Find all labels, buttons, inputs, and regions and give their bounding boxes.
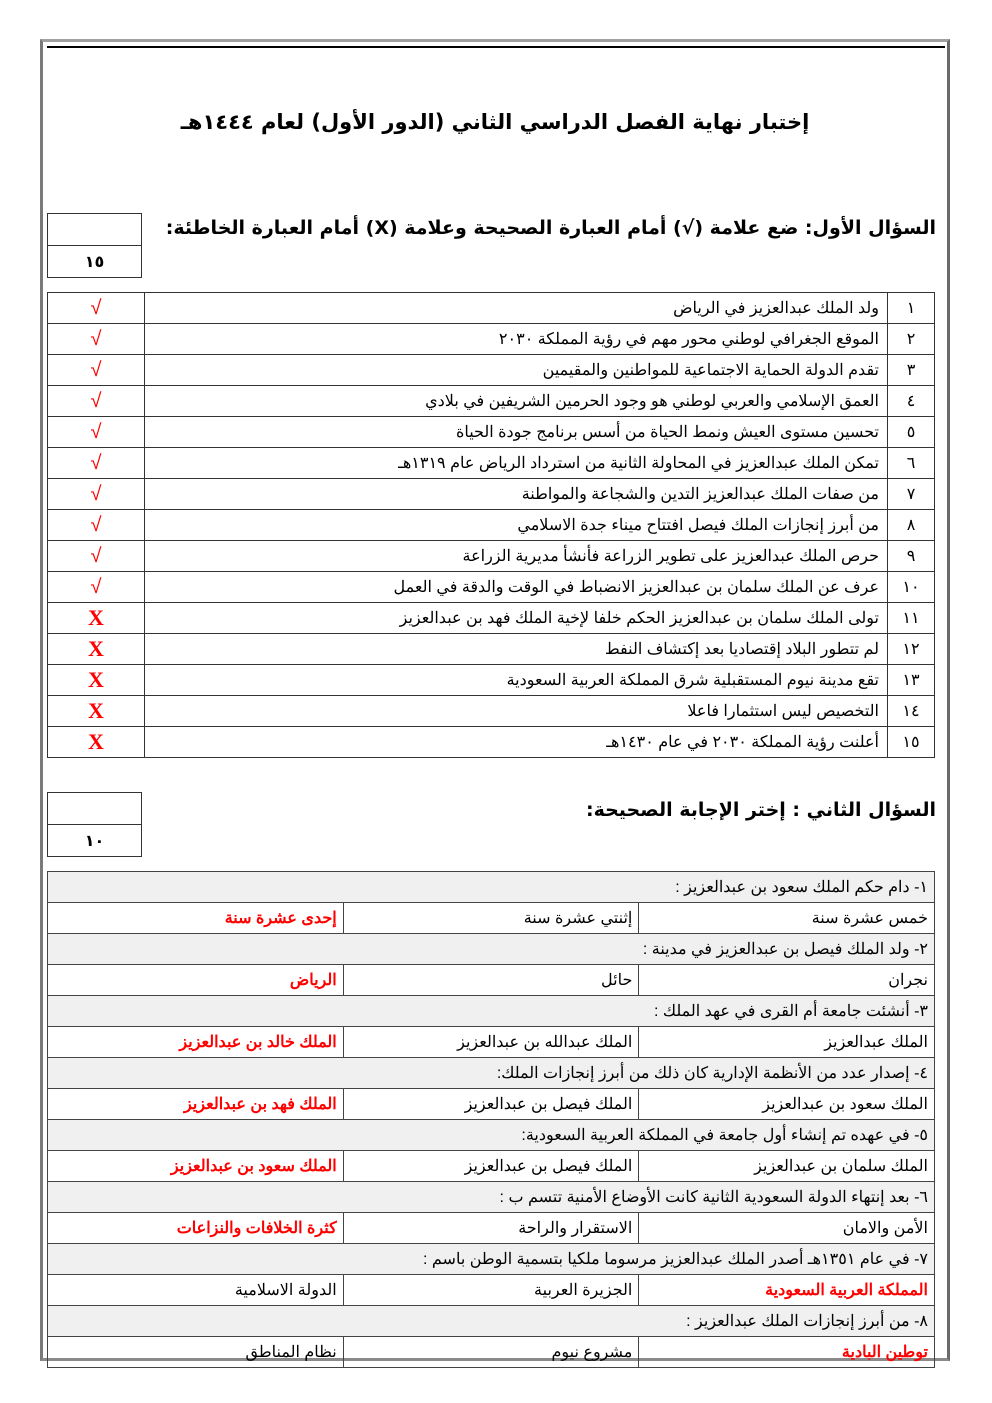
mcq-options-row: الملك سعود بن عبدالعزيزالملك فيصل بن عبد… (48, 1089, 935, 1120)
mcq-option[interactable]: الأمن والامان (639, 1213, 935, 1244)
statement-number: ٥ (888, 417, 935, 448)
mcq-question-row: ٧- في عام ١٣٥١هـ أصدر الملك عبدالعزيز مر… (48, 1244, 935, 1275)
question-2-score-box: ١٠ (47, 792, 142, 857)
mcq-option[interactable]: الملك فيصل بن عبدالعزيز (343, 1089, 639, 1120)
answer-mark[interactable]: √ (48, 417, 145, 448)
answer-mark[interactable]: √ (48, 293, 145, 324)
statement-row: ١٢لم تتطور البلاد إقتصاديا بعد إكتشاف ال… (48, 634, 935, 665)
mcq-question-text: ٢- ولد الملك فيصل بن عبدالعزيز في مدينة … (48, 934, 935, 965)
mcq-question-text: ٥- في عهده تم إنشاء أول جامعة في المملكة… (48, 1120, 935, 1151)
statement-number: ٤ (888, 386, 935, 417)
statement-row: ١٣تقع مدينة نيوم المستقبلية شرق المملكة … (48, 665, 935, 696)
statement-number: ١٣ (888, 665, 935, 696)
statement-row: ١٤التخصيص ليس استثمارا فاعلاX (48, 696, 935, 727)
mcq-options-row: الملك عبدالعزيزالملك عبدالله بن عبدالعزي… (48, 1027, 935, 1058)
mcq-options-row: الملك سلمان بن عبدالعزيزالملك فيصل بن عب… (48, 1151, 935, 1182)
statement-row: ٧من صفات الملك عبدالعزيز التدين والشجاعة… (48, 479, 935, 510)
statement-number: ٢ (888, 324, 935, 355)
answer-mark[interactable]: √ (48, 324, 145, 355)
mcq-option[interactable]: مشروع نيوم (343, 1337, 639, 1368)
answer-mark[interactable]: √ (48, 448, 145, 479)
statement-number: ٣ (888, 355, 935, 386)
mcq-option[interactable]: الملك سعود بن عبدالعزيز (639, 1089, 935, 1120)
statement-row: ١٥أعلنت رؤية المملكة ٢٠٣٠ في عام ١٤٣٠هـX (48, 727, 935, 758)
statement-text: تحسين مستوى العيش ونمط الحياة من أسس برن… (145, 417, 888, 448)
mcq-option-correct[interactable]: توطين البادية (639, 1337, 935, 1368)
mcq-options-row: الأمن والامانالاستقرار والراحةكثرة الخلا… (48, 1213, 935, 1244)
mcq-option[interactable]: نجران (639, 965, 935, 996)
statement-text: تولى الملك سلمان بن عبدالعزيز الحكم خلفا… (145, 603, 888, 634)
mcq-option[interactable]: الملك سلمان بن عبدالعزيز (639, 1151, 935, 1182)
mcq-question-text: ٤- إصدار عدد من الأنظمة الإدارية كان ذلك… (48, 1058, 935, 1089)
statement-text: تقدم الدولة الحماية الاجتماعية للمواطنين… (145, 355, 888, 386)
mcq-option[interactable]: الجزيرة العربية (343, 1275, 639, 1306)
mcq-question-row: ٤- إصدار عدد من الأنظمة الإدارية كان ذلك… (48, 1058, 935, 1089)
statement-text: لم تتطور البلاد إقتصاديا بعد إكتشاف النف… (145, 634, 888, 665)
statement-number: ١٢ (888, 634, 935, 665)
mcq-option[interactable]: حائل (343, 965, 639, 996)
mcq-question-text: ٨- من أبرز إنجازات الملك عبدالعزيز : (48, 1306, 935, 1337)
answer-mark[interactable]: √ (48, 479, 145, 510)
answer-mark[interactable]: √ (48, 510, 145, 541)
score-total: ١٥ (48, 245, 141, 277)
statement-row: ٥تحسين مستوى العيش ونمط الحياة من أسس بر… (48, 417, 935, 448)
mcq-question-row: ٥- في عهده تم إنشاء أول جامعة في المملكة… (48, 1120, 935, 1151)
statement-text: أعلنت رؤية المملكة ٢٠٣٠ في عام ١٤٣٠هـ (145, 727, 888, 758)
question-2-heading: السؤال الثاني : إختر الإجابة الصحيحة: (586, 796, 936, 824)
statement-row: ١٠عرف عن الملك سلمان بن عبدالعزيز الانضب… (48, 572, 935, 603)
mcq-options-row: توطين الباديةمشروع نيومنظام المناطق (48, 1337, 935, 1368)
mcq-option[interactable]: الاستقرار والراحة (343, 1213, 639, 1244)
statement-text: تمكن الملك عبدالعزيز في المحاولة الثانية… (145, 448, 888, 479)
statement-row: ٩حرص الملك عبدالعزيز على تطوير الزراعة ف… (48, 541, 935, 572)
true-false-table: ١ولد الملك عبدالعزيز في الرياض√٢الموقع ا… (47, 292, 935, 758)
mcq-option[interactable]: إثنتي عشرة سنة (343, 903, 639, 934)
statement-number: ٨ (888, 510, 935, 541)
answer-mark[interactable]: √ (48, 572, 145, 603)
statement-row: ٨من أبرز إنجازات الملك فيصل افتتاح ميناء… (48, 510, 935, 541)
mcq-options-row: خمس عشرة سنةإثنتي عشرة سنةإحدى عشرة سنة (48, 903, 935, 934)
question-1-score-box: ١٥ (47, 213, 142, 278)
mcq-question-text: ٧- في عام ١٣٥١هـ أصدر الملك عبدالعزيز مر… (48, 1244, 935, 1275)
statement-row: ٤العمق الإسلامي والعربي لوطني هو وجود ال… (48, 386, 935, 417)
statement-text: الموقع الجغرافي لوطني محور مهم في رؤية ا… (145, 324, 888, 355)
mcq-question-row: ٨- من أبرز إنجازات الملك عبدالعزيز : (48, 1306, 935, 1337)
mcq-options-row: نجرانحائلالرياض (48, 965, 935, 996)
answer-mark[interactable]: X (48, 634, 145, 665)
mcq-option[interactable]: الملك عبدالله بن عبدالعزيز (343, 1027, 639, 1058)
mcq-option-correct[interactable]: الملك خالد بن عبدالعزيز (48, 1027, 344, 1058)
statement-number: ١٥ (888, 727, 935, 758)
statement-text: ولد الملك عبدالعزيز في الرياض (145, 293, 888, 324)
statement-number: ٦ (888, 448, 935, 479)
statement-number: ٩ (888, 541, 935, 572)
mcq-question-text: ٣- أنشئت جامعة أم القرى في عهد الملك : (48, 996, 935, 1027)
mcq-question-row: ٢- ولد الملك فيصل بن عبدالعزيز في مدينة … (48, 934, 935, 965)
statement-text: عرف عن الملك سلمان بن عبدالعزيز الانضباط… (145, 572, 888, 603)
multiple-choice-table: ١- دام حكم الملك سعود بن عبدالعزيز :خمس … (47, 871, 935, 1368)
statement-text: من أبرز إنجازات الملك فيصل افتتاح ميناء … (145, 510, 888, 541)
statement-number: ٧ (888, 479, 935, 510)
answer-mark[interactable]: √ (48, 541, 145, 572)
mcq-option[interactable]: خمس عشرة سنة (639, 903, 935, 934)
question-1-heading: السؤال الأول: ضع علامة (√) أمام العبارة … (166, 214, 936, 242)
statement-text: التخصيص ليس استثمارا فاعلا (145, 696, 888, 727)
mcq-option[interactable]: الملك عبدالعزيز (639, 1027, 935, 1058)
mcq-question-row: ٦- بعد إنتهاء الدولة السعودية الثانية كا… (48, 1182, 935, 1213)
statement-text: من صفات الملك عبدالعزيز التدين والشجاعة … (145, 479, 888, 510)
statement-row: ٢الموقع الجغرافي لوطني محور مهم في رؤية … (48, 324, 935, 355)
statement-row: ١١تولى الملك سلمان بن عبدالعزيز الحكم خل… (48, 603, 935, 634)
statement-text: حرص الملك عبدالعزيز على تطوير الزراعة فأ… (145, 541, 888, 572)
statement-number: ١٠ (888, 572, 935, 603)
answer-mark[interactable]: X (48, 696, 145, 727)
mcq-question-text: ١- دام حكم الملك سعود بن عبدالعزيز : (48, 872, 935, 903)
statement-row: ١ولد الملك عبدالعزيز في الرياض√ (48, 293, 935, 324)
mcq-option[interactable]: الدولة الاسلامية (48, 1275, 344, 1306)
statement-row: ٦تمكن الملك عبدالعزيز في المحاولة الثاني… (48, 448, 935, 479)
mcq-option[interactable]: الملك فيصل بن عبدالعزيز (343, 1151, 639, 1182)
statement-text: العمق الإسلامي والعربي لوطني هو وجود الح… (145, 386, 888, 417)
score-total: ١٠ (48, 824, 141, 856)
mcq-question-text: ٦- بعد إنتهاء الدولة السعودية الثانية كا… (48, 1182, 935, 1213)
top-rule (47, 46, 945, 48)
statement-number: ١ (888, 293, 935, 324)
mcq-option-correct[interactable]: الملك سعود بن عبدالعزيز (48, 1151, 344, 1182)
answer-mark[interactable]: √ (48, 355, 145, 386)
answer-mark[interactable]: X (48, 727, 145, 758)
answer-mark[interactable]: X (48, 665, 145, 696)
mcq-question-row: ١- دام حكم الملك سعود بن عبدالعزيز : (48, 872, 935, 903)
mcq-option-correct[interactable]: إحدى عشرة سنة (48, 903, 344, 934)
statement-number: ١٤ (888, 696, 935, 727)
score-input-cell[interactable] (48, 214, 141, 245)
mcq-option-correct[interactable]: المملكة العربية السعودية (639, 1275, 935, 1306)
statement-row: ٣تقدم الدولة الحماية الاجتماعية للمواطني… (48, 355, 935, 386)
mcq-option-correct[interactable]: الرياض (48, 965, 344, 996)
score-input-cell[interactable] (48, 793, 141, 824)
statement-number: ١١ (888, 603, 935, 634)
mcq-options-row: المملكة العربية السعوديةالجزيرة العربيةا… (48, 1275, 935, 1306)
statement-text: تقع مدينة نيوم المستقبلية شرق المملكة ال… (145, 665, 888, 696)
mcq-question-row: ٣- أنشئت جامعة أم القرى في عهد الملك : (48, 996, 935, 1027)
mcq-option[interactable]: نظام المناطق (48, 1337, 344, 1368)
answer-mark[interactable]: X (48, 603, 145, 634)
mcq-option-correct[interactable]: كثرة الخلافات والنزاعات (48, 1213, 344, 1244)
answer-mark[interactable]: √ (48, 386, 145, 417)
page-title: إختبار نهاية الفصل الدراسي الثاني (الدور… (40, 107, 950, 137)
mcq-option-correct[interactable]: الملك فهد بن عبدالعزيز (48, 1089, 344, 1120)
